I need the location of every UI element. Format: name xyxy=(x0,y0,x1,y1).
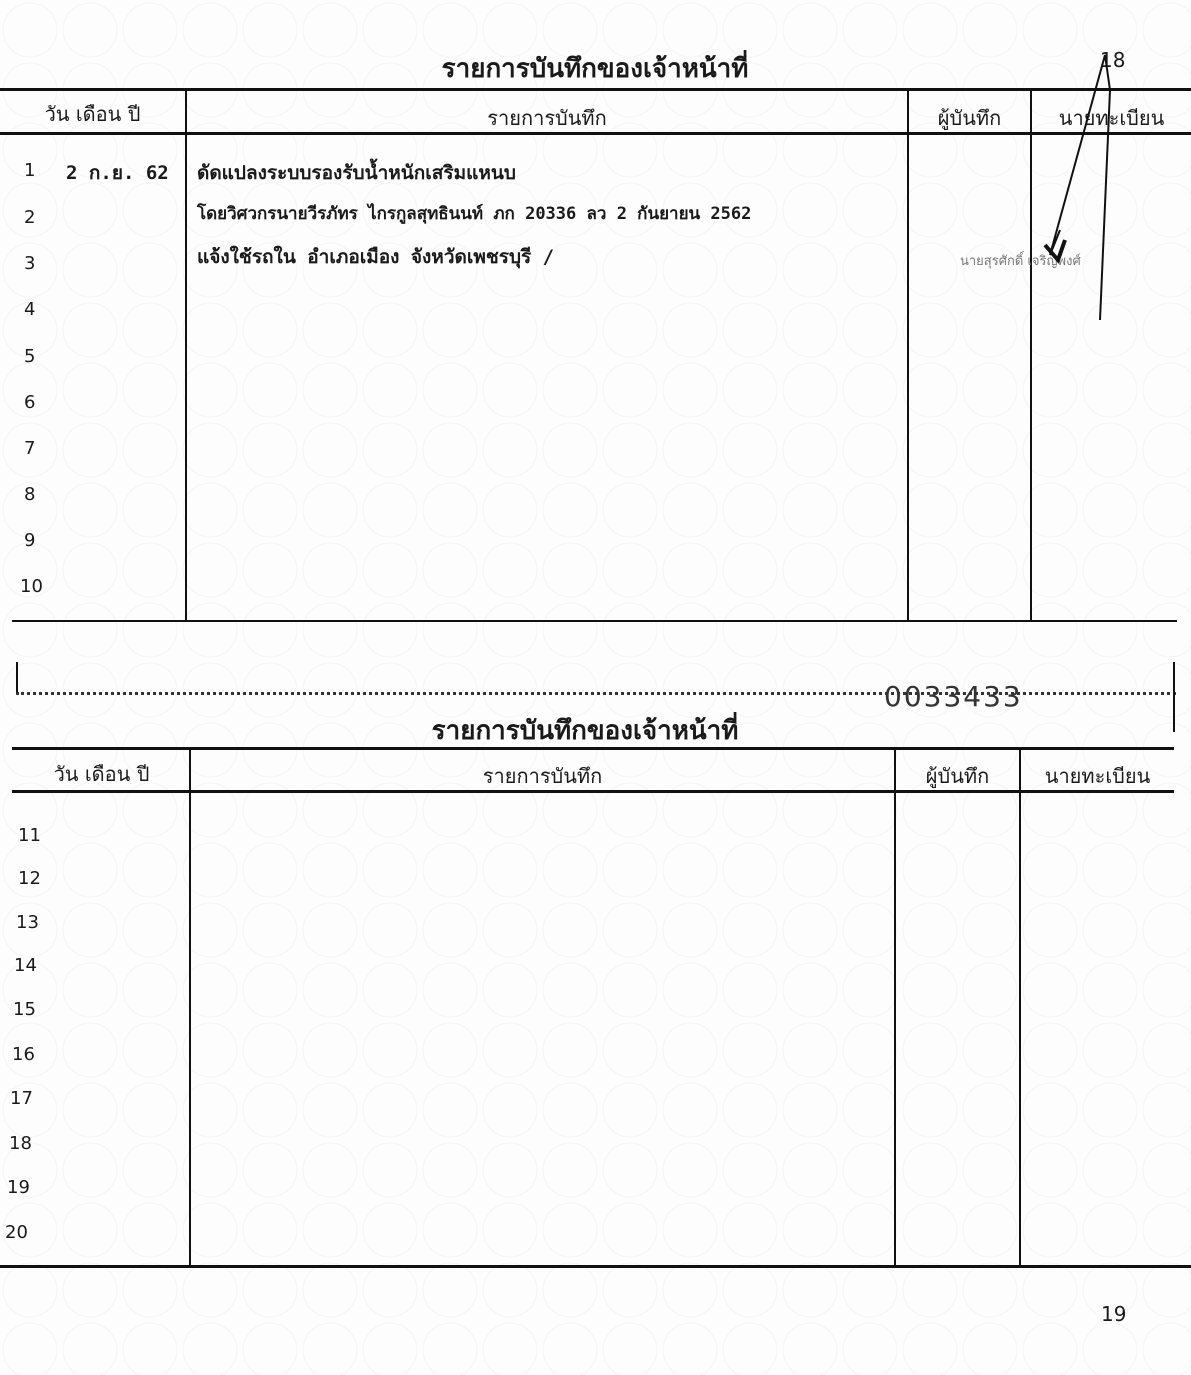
upper-col-divider-1 xyxy=(185,88,187,620)
serial-number: 0033433 xyxy=(884,680,1023,713)
row-number: 19 xyxy=(7,1177,30,1198)
row-number: 2 xyxy=(24,207,35,228)
lower-header-registrar: นายทะเบียน xyxy=(1021,760,1174,792)
entry-line: ดัดแปลงระบบรองรับน้ำหนักเสริมแหนบ xyxy=(197,158,516,188)
row-number: 16 xyxy=(12,1044,35,1065)
upper-header-recorder: ผู้บันทึก xyxy=(909,102,1030,134)
row-number: 13 xyxy=(16,912,39,933)
row-number: 6 xyxy=(24,392,35,413)
row-number: 1 xyxy=(24,160,35,181)
lower-table-top-border xyxy=(12,747,1174,750)
entry-line: แจ้งใช้รถใน อำเภอเมือง จังหวัดเพชรบุรี / xyxy=(197,242,554,272)
entry-line: โดยวิศวกรนายวีรภัทร ไกรกูลสุทธินนท์ ภก 2… xyxy=(197,200,751,227)
row-number: 7 xyxy=(24,438,35,459)
upper-header-date: วัน เดือน ปี xyxy=(0,98,185,130)
separator-right-tick xyxy=(1173,662,1175,732)
lower-table-bottom-border xyxy=(0,1265,1191,1268)
row-number: 20 xyxy=(5,1222,28,1243)
lower-header-recorder: ผู้บันทึก xyxy=(896,760,1019,792)
row-number: 10 xyxy=(20,576,43,597)
upper-table-bottom-border xyxy=(12,620,1177,622)
row-number: 14 xyxy=(14,955,37,976)
row-number: 8 xyxy=(24,484,35,505)
lower-table-title: รายการบันทึกของเจ้าหน้าที่ xyxy=(375,710,795,751)
row-number: 18 xyxy=(9,1133,32,1154)
row-number: 3 xyxy=(24,253,35,274)
upper-col-divider-2 xyxy=(907,88,909,620)
row-number: 15 xyxy=(13,999,36,1020)
lower-col-divider-3 xyxy=(1019,747,1021,1265)
upper-table-top-border xyxy=(0,88,1191,91)
lower-col-divider-1 xyxy=(189,747,191,1265)
row-number: 11 xyxy=(18,825,41,846)
lower-header-entry: รายการบันทึก xyxy=(191,760,894,792)
row-number: 4 xyxy=(24,299,35,320)
lower-col-divider-2 xyxy=(894,747,896,1265)
row-number: 12 xyxy=(18,868,41,889)
separator-left-tick xyxy=(16,662,18,692)
upper-header-entry: รายการบันทึก xyxy=(187,102,907,134)
lower-header-date: วัน เดือน ปี xyxy=(14,758,189,790)
row-number: 9 xyxy=(24,530,35,551)
row-number: 5 xyxy=(24,346,35,367)
row-number: 17 xyxy=(10,1088,33,1109)
lower-page-number: 19 xyxy=(1101,1302,1126,1326)
registrar-signature-icon xyxy=(1030,50,1150,330)
entry-date: 2 ก.ย. 62 xyxy=(66,158,169,188)
upper-table-title: รายการบันทึกของเจ้าหน้าที่ xyxy=(380,48,810,89)
